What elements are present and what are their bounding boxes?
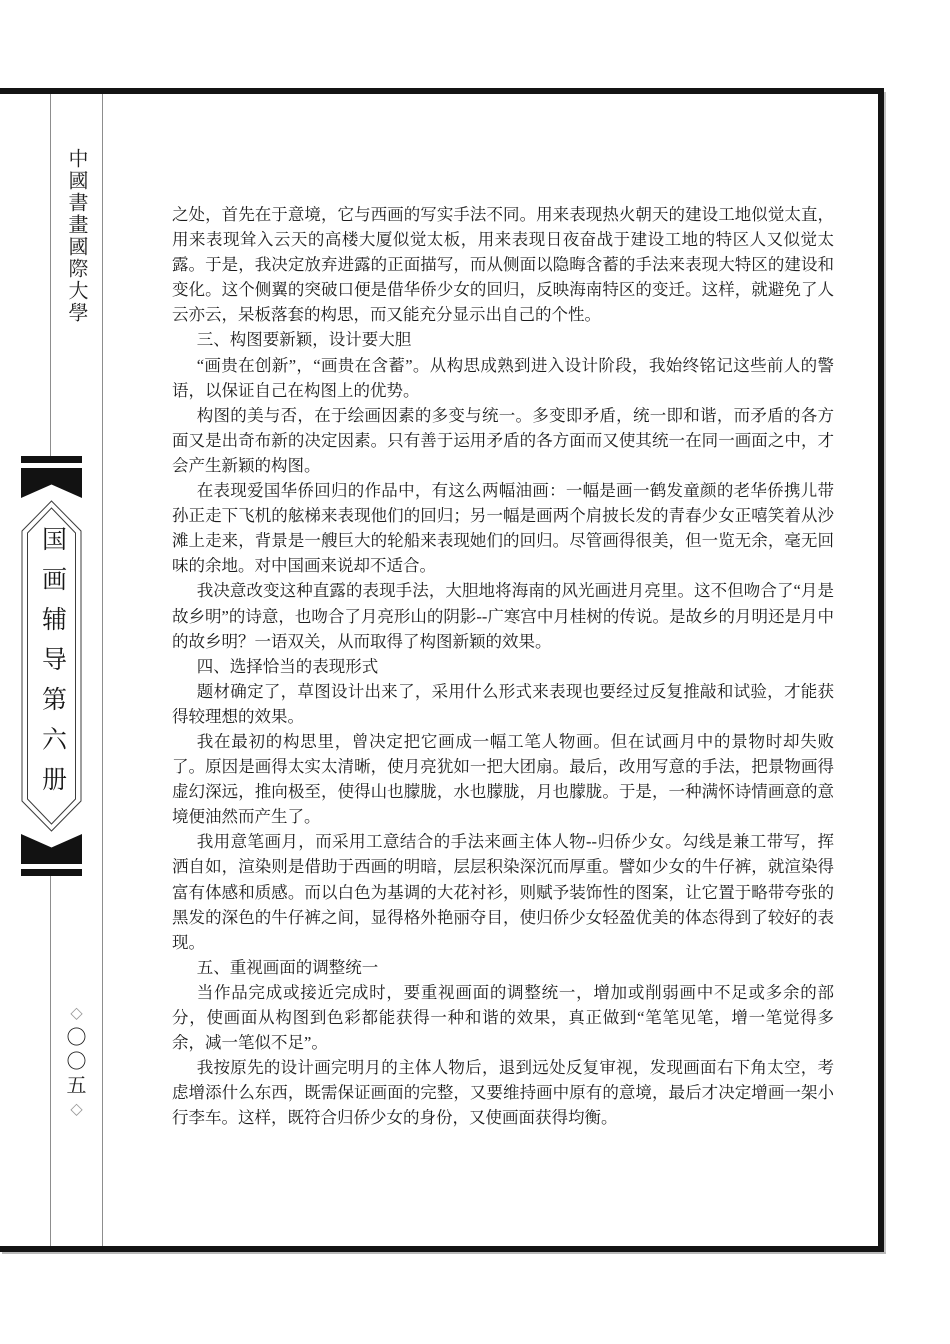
paragraph: 我决意改变这种直露的表现手法，大胆地将海南的风光画进月亮里。这不但吻合了“月是故…	[172, 578, 834, 653]
section-heading: 四、选择恰当的表现形式	[172, 654, 834, 679]
paragraph: 之处，首先在于意境，它与西画的写实手法不同。用来表现热火朝天的建设工地似觉太直，…	[172, 202, 834, 327]
paragraph: 题材确定了，草图设计出来了，采用什么形式来表现也要经过反复推敲和试验，才能获得较…	[172, 679, 834, 729]
paragraph: 我在最初的构思里，曾决定把它画成一幅工笔人物画。但在试画月中的景物时却失败了。原…	[172, 729, 834, 829]
paragraph: 我按原先的设计画完明月的主体人物后，退到远处反复审视，发现画面右下角太空，考虑增…	[172, 1055, 834, 1130]
folio-digit: 〇	[67, 1026, 87, 1050]
folio-digit: 〇	[67, 1050, 87, 1074]
folio-ornament-icon: ◇	[70, 1098, 82, 1122]
banner-bottom-ribbon	[21, 834, 82, 864]
section-heading: 五、重视画面的调整统一	[172, 955, 834, 980]
frame-top-border	[0, 88, 884, 94]
banner-top-ribbon	[21, 468, 82, 498]
banner-title-text: 国画辅导第六册	[34, 526, 70, 806]
series-banner: 国画辅导第六册	[21, 456, 82, 876]
folio-digit: 五	[67, 1074, 87, 1098]
book-page: 中國書畫國際大學 国画辅导第六册 ◇〇〇五◇ 之处，首先在于意境，它与西画的写实…	[0, 0, 950, 1344]
paragraph: 在表现爱国华侨回归的作品中，有这么两幅油画：一幅是画一鹤发童颜的老华侨携儿带孙正…	[172, 478, 834, 578]
frame-bottom-shadow	[2, 1252, 886, 1254]
banner-cartouche: 国画辅导第六册	[21, 500, 82, 832]
paragraph: 我用意笔画月，而采用工意结合的手法来画主体人物--归侨少女。勾线是兼工带写，挥洒…	[172, 829, 834, 954]
paragraph: “画贵在创新”，“画贵在含蓄”。从构思成熟到进入设计阶段，我始终铭记这些前人的警…	[172, 353, 834, 403]
section-heading: 三、构图要新颖，设计要大胆	[172, 327, 834, 352]
banner-top-bar	[21, 456, 82, 463]
banner-bottom-bar	[21, 869, 82, 876]
folio-ornament-icon: ◇	[70, 1002, 82, 1026]
paragraph: 当作品完成或接近完成时，要重视画面的调整统一，增加或削弱画中不足或多余的部分，使…	[172, 980, 834, 1055]
article: 之处，首先在于意境，它与西画的写实手法不同。用来表现热火朝天的建设工地似觉太直，…	[172, 202, 834, 1130]
folio: ◇〇〇五◇	[50, 1002, 103, 1122]
frame-right-shadow	[884, 92, 886, 1254]
paragraph: 构图的美与否，在于绘画因素的多变与统一。多变即矛盾，统一即和谐，而矛盾的各方面又…	[172, 403, 834, 478]
spine-title: 中國書畫國際大學	[50, 148, 103, 324]
spine-title-text: 中國書畫國際大學	[62, 148, 91, 324]
